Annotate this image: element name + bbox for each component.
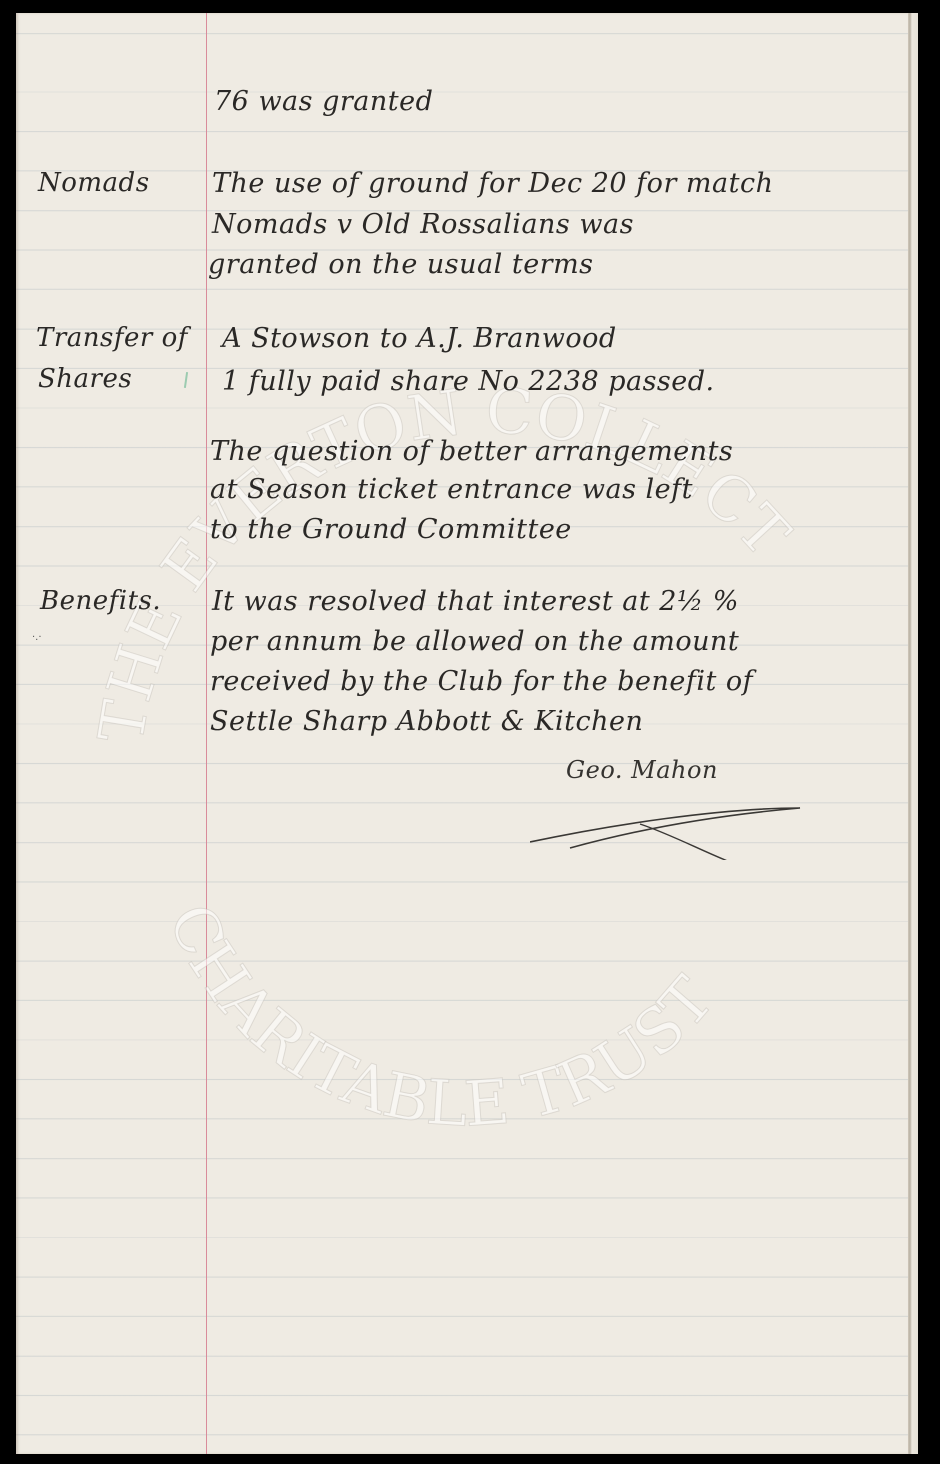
entry-line: The use of ground for Dec 20 for match xyxy=(212,170,774,197)
ink-smudge: ·.· xyxy=(32,632,42,643)
entry-line: granted on the usual terms xyxy=(208,251,594,278)
margin-heading-benefits: Benefits. xyxy=(40,588,161,614)
margin-rule xyxy=(206,13,207,1454)
entry-line: to the Ground Committee xyxy=(210,516,572,543)
entry-line: at Season ticket entrance was left xyxy=(210,476,693,503)
entry-line: 1 fully paid share No 2238 passed. xyxy=(222,368,715,395)
entry-line: Nomads v Old Rossalians was xyxy=(212,211,634,238)
entry-line: A Stowson to A.J. Branwood xyxy=(222,325,617,352)
entry-line: 76 was granted xyxy=(214,88,433,115)
entry-line: The question of better arrangements xyxy=(210,438,733,465)
margin-heading-transfer: Transfer of xyxy=(36,325,188,351)
signature-flourish xyxy=(530,770,810,860)
page-edge xyxy=(908,13,918,1454)
entry-line: Settle Sharp Abbott & Kitchen xyxy=(210,708,643,735)
margin-heading-shares: Shares xyxy=(38,366,132,392)
margin-heading-nomads: Nomads xyxy=(38,170,150,196)
entry-line: per annum be allowed on the amount xyxy=(210,628,739,655)
entry-line: It was resolved that interest at 2½ % xyxy=(212,588,739,615)
entry-line: received by the Club for the benefit of xyxy=(210,668,753,695)
